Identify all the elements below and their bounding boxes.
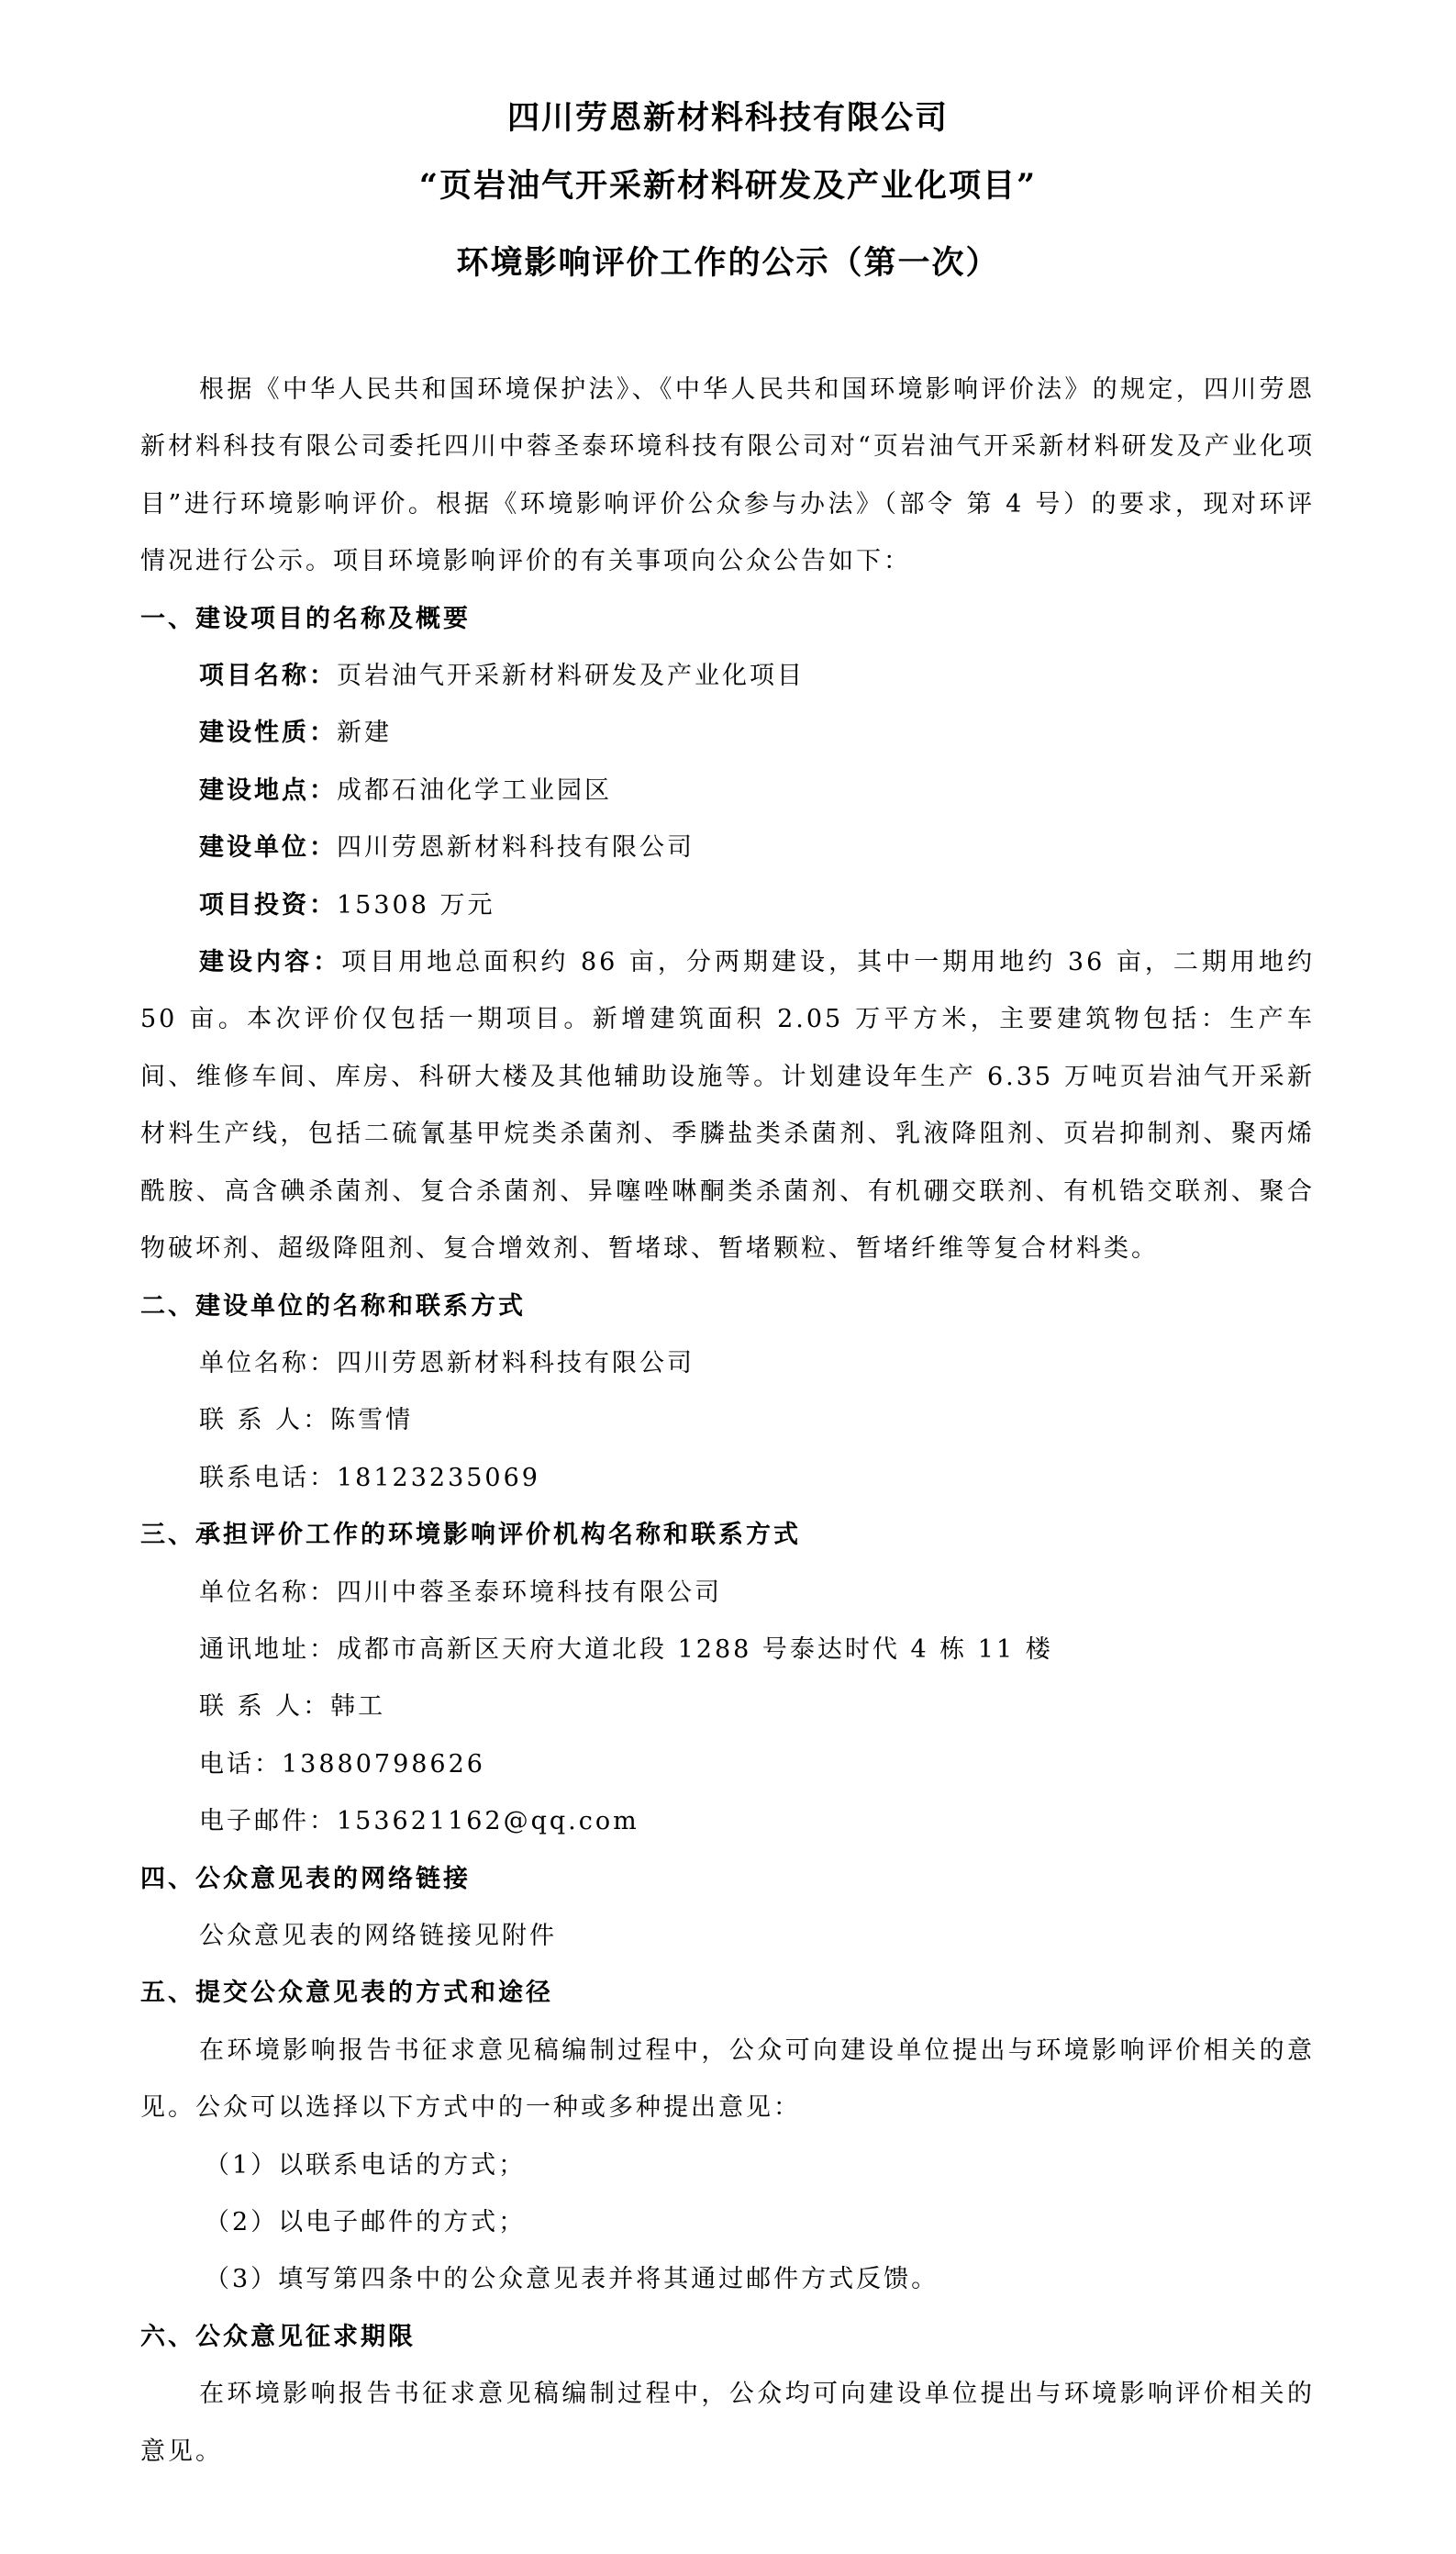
section-5-text: 在环境影响报告书征求意见稿编制过程中，公众可向建设单位提出与环境影响评价相关的意…	[140, 2023, 1315, 2137]
field-value: 15308 万元	[337, 891, 495, 920]
field-value: 陈雪情	[330, 1406, 413, 1434]
field-label: 通讯地址：	[199, 1635, 337, 1664]
field-label: 联系电话：	[199, 1464, 337, 1492]
section-2-heading: 二、建设单位的名称和联系方式	[140, 1278, 1315, 1335]
field-value: 18123235069	[337, 1464, 540, 1492]
section-6-heading: 六、公众意见征求期限	[140, 2309, 1315, 2366]
field-value: 新建	[337, 719, 392, 747]
field-contact-person: 联 系 人：陈雪情	[140, 1392, 1315, 1449]
field-agency-address: 通讯地址：成都市高新区天府大道北段 1288 号泰达时代 4 栋 11 楼	[140, 1622, 1315, 1679]
field-agency-phone: 电话：13880798626	[140, 1736, 1315, 1793]
field-value: 韩工	[330, 1692, 385, 1721]
field-label: 单位名称：	[199, 1578, 337, 1607]
field-value: 页岩油气开采新材料研发及产业化项目	[337, 662, 805, 690]
section-5-heading: 五、提交公众意见表的方式和途径	[140, 1965, 1315, 2022]
field-label: 建设性质：	[199, 719, 337, 747]
list-item: （1）以联系电话的方式；	[140, 2137, 1315, 2194]
field-value: 成都石油化学工业园区	[337, 776, 612, 805]
field-construction-location: 建设地点：成都石油化学工业园区	[140, 763, 1315, 820]
list-item: （2）以电子邮件的方式；	[140, 2194, 1315, 2251]
field-label: 项目投资：	[199, 891, 337, 920]
title-project: “页岩油气开采新材料研发及产业化项目”	[0, 152, 1456, 220]
field-value[interactable]: 153621162@qq.com	[337, 1807, 639, 1835]
field-project-name: 项目名称：页岩油气开采新材料研发及产业化项目	[140, 648, 1315, 705]
field-label: 建设单位：	[199, 833, 337, 862]
section-1-heading: 一、建设项目的名称及概要	[140, 591, 1315, 648]
field-label: 电话：	[199, 1750, 282, 1779]
section-4-heading: 四、公众意见表的网络链接	[140, 1851, 1315, 1908]
title-company: 四川劳恩新材料科技有限公司	[0, 84, 1456, 152]
field-label: 项目名称：	[199, 662, 337, 690]
field-value: 成都市高新区天府大道北段 1288 号泰达时代 4 栋 11 楼	[337, 1635, 1053, 1664]
list-item: （3）填写第四条中的公众意见表并将其通过邮件方式反馈。	[140, 2251, 1315, 2308]
field-label: 建设内容：	[199, 948, 341, 976]
field-agency-name: 单位名称：四川中蓉圣泰环境科技有限公司	[140, 1565, 1315, 1622]
section-4-text: 公众意见表的网络链接见附件	[140, 1908, 1315, 1965]
field-construction-unit: 建设单位：四川劳恩新材料科技有限公司	[140, 820, 1315, 876]
field-label: 联 系 人：	[199, 1692, 330, 1721]
field-label: 电子邮件：	[199, 1807, 337, 1835]
intro-paragraph: 根据《中华人民共和国环境保护法》、《中华人民共和国环境影响评价法》的规定，四川劳…	[140, 362, 1315, 591]
field-value: 13880798626	[282, 1750, 485, 1779]
document-body: 根据《中华人民共和国环境保护法》、《中华人民共和国环境影响评价法》的规定，四川劳…	[140, 362, 1315, 2481]
field-construction-nature: 建设性质：新建	[140, 705, 1315, 762]
section-3-heading: 三、承担评价工作的环境影响评价机构名称和联系方式	[140, 1507, 1315, 1564]
field-value: 四川劳恩新材料科技有限公司	[337, 1349, 695, 1377]
field-unit-name: 单位名称：四川劳恩新材料科技有限公司	[140, 1335, 1315, 1392]
field-label: 建设地点：	[199, 776, 337, 805]
field-investment: 项目投资：15308 万元	[140, 877, 1315, 934]
field-value: 四川劳恩新材料科技有限公司	[337, 833, 695, 862]
field-contact-phone: 联系电话：18123235069	[140, 1450, 1315, 1507]
field-label: 联 系 人：	[199, 1406, 330, 1434]
field-agency-contact: 联 系 人：韩工	[140, 1679, 1315, 1735]
field-value: 四川中蓉圣泰环境科技有限公司	[337, 1578, 722, 1607]
field-value: 项目用地总面积约 86 亩，分两期建设，其中一期用地约 36 亩，二期用地约 5…	[140, 948, 1315, 1263]
section-6-text: 在环境影响报告书征求意见稿编制过程中，公众均可向建设单位提出与环境影响评价相关的…	[140, 2366, 1315, 2481]
document-title: 四川劳恩新材料科技有限公司 “页岩油气开采新材料研发及产业化项目” 环境影响评价…	[0, 84, 1456, 297]
field-construction-content: 建设内容：项目用地总面积约 86 亩，分两期建设，其中一期用地约 36 亩，二期…	[140, 934, 1315, 1277]
field-label: 单位名称：	[199, 1349, 337, 1377]
field-agency-email: 电子邮件：153621162@qq.com	[140, 1793, 1315, 1850]
title-notice: 环境影响评价工作的公示（第一次）	[0, 229, 1456, 297]
